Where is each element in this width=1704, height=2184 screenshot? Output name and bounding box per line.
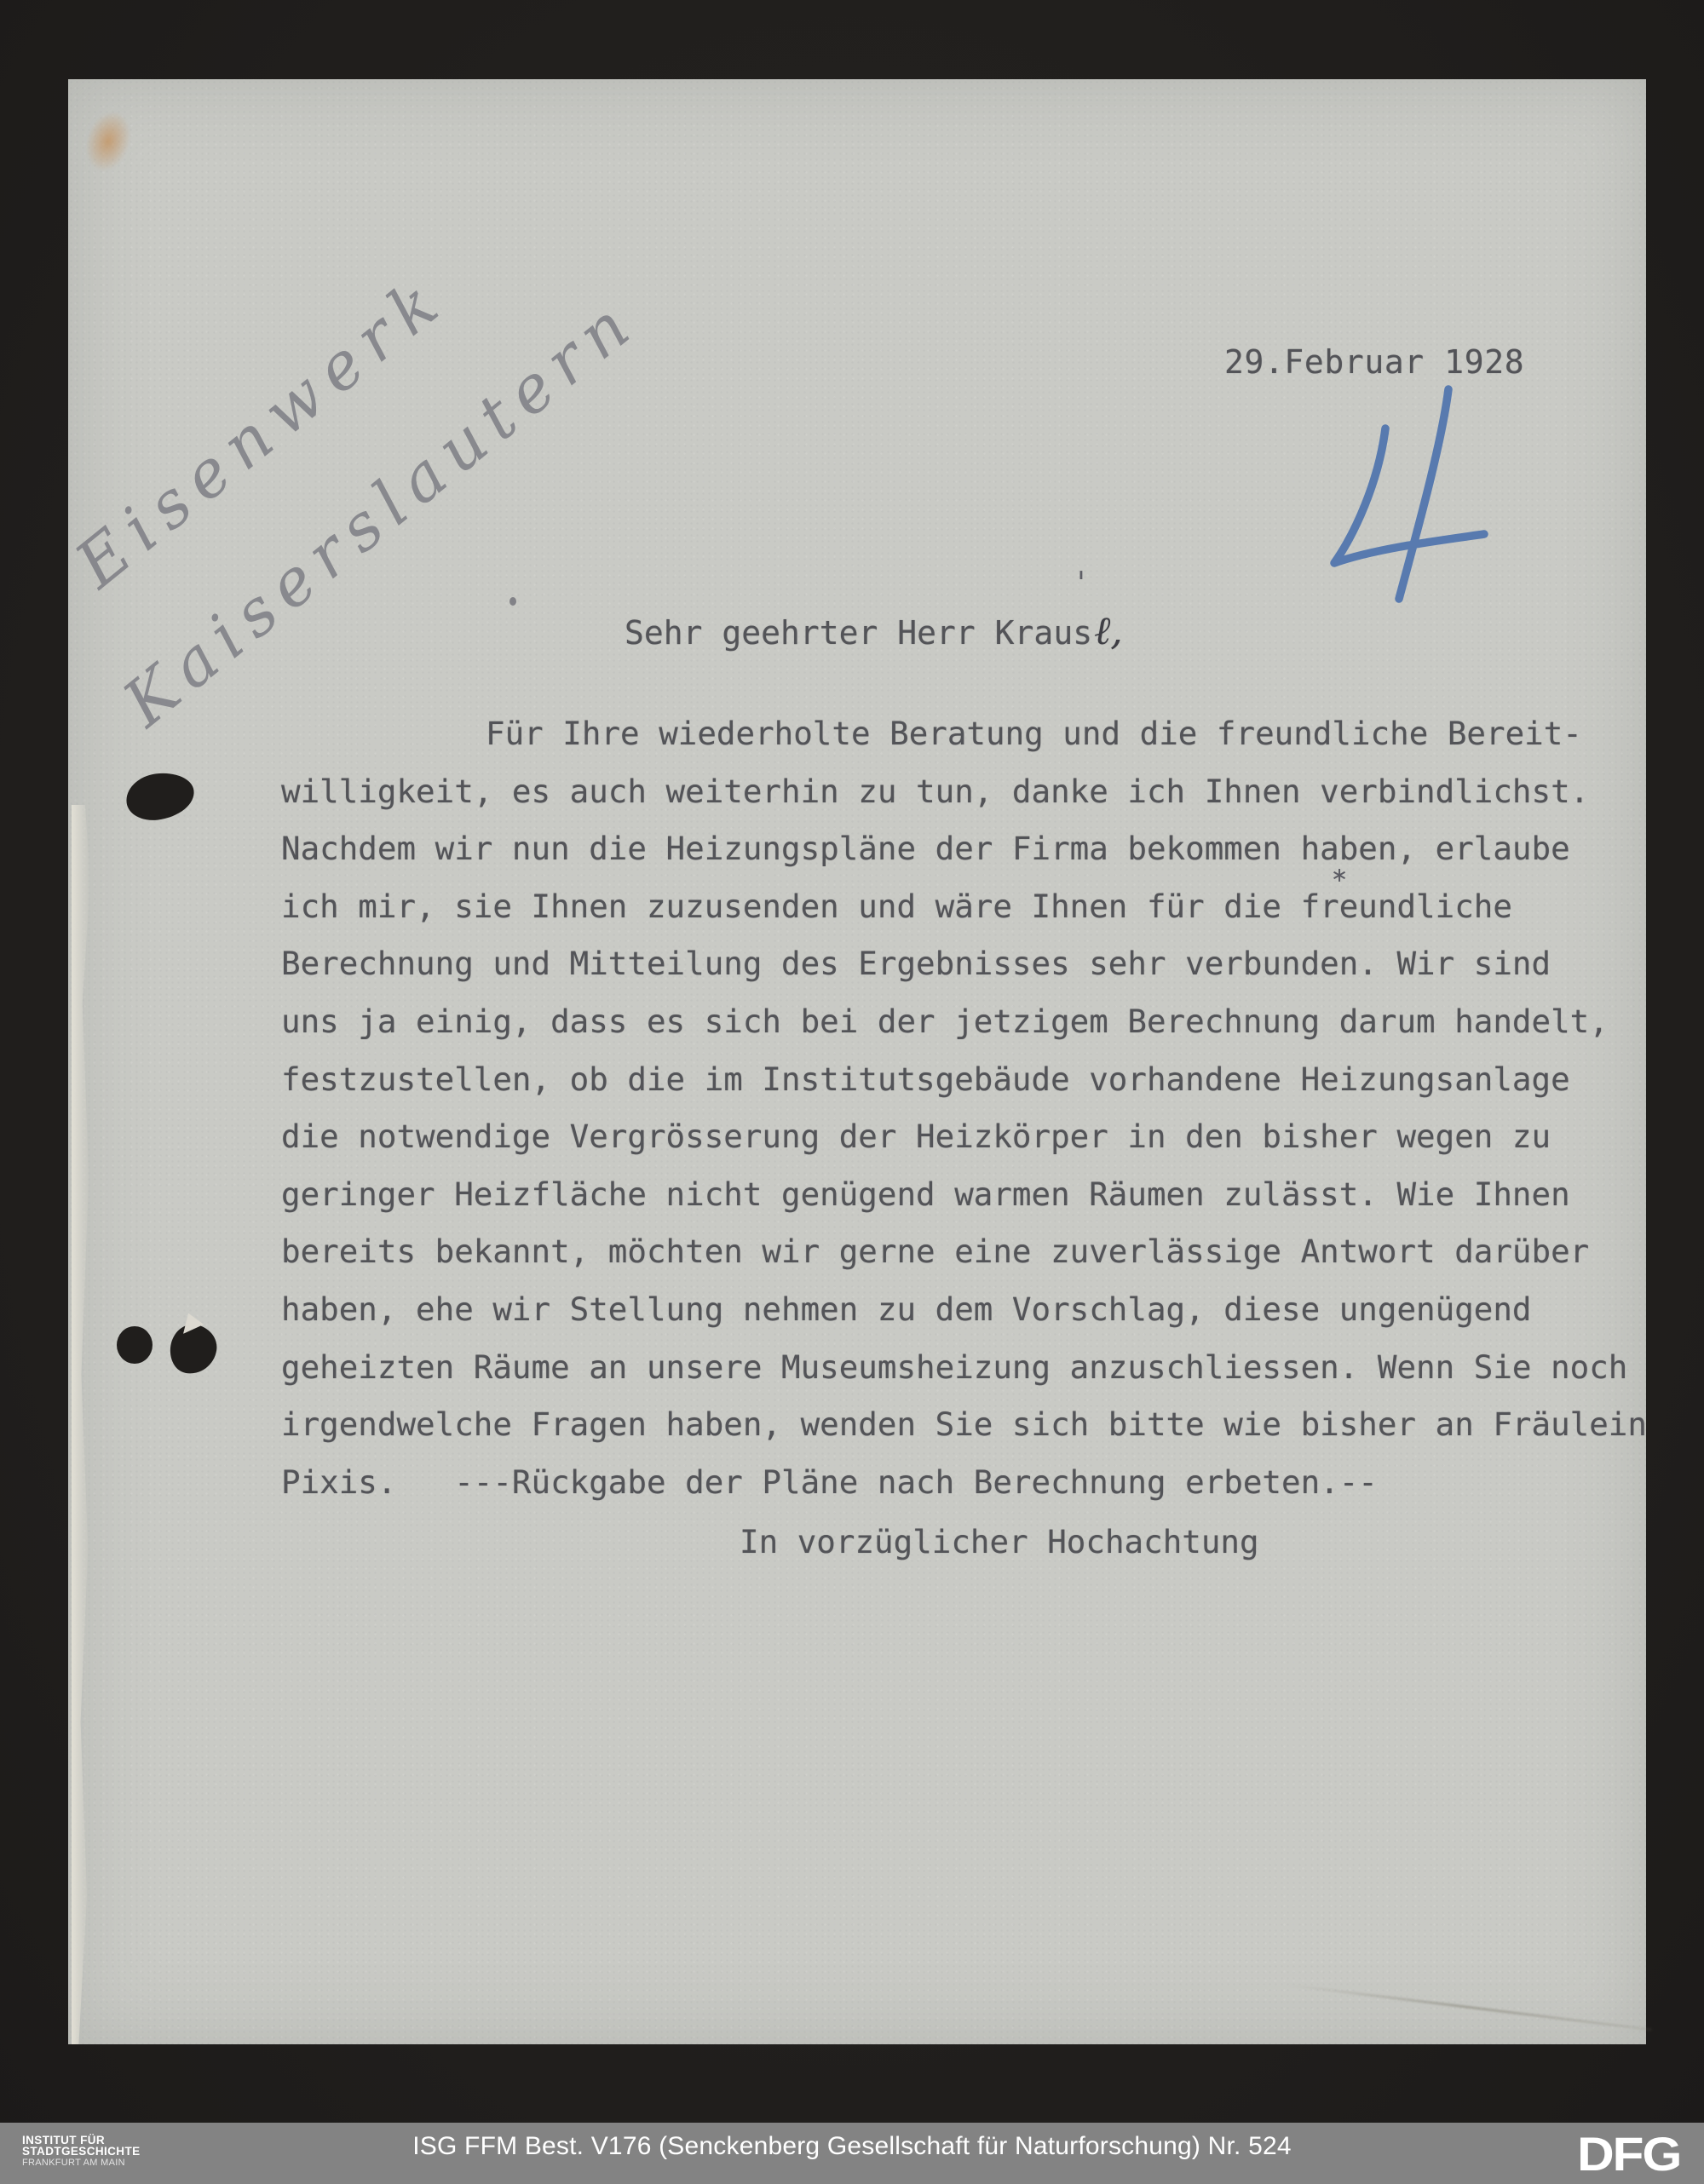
closing-line: In vorzüglicher Hochachtung — [740, 1523, 1259, 1560]
pencil-dot — [509, 597, 516, 606]
paper-crease — [1286, 1984, 1651, 2032]
dfg-logo: DFG — [1577, 2126, 1680, 2181]
archive-footer-bar: INSTITUT FÜR STADTGESCHICHTE FRANKFURT A… — [0, 2123, 1704, 2184]
rust-stain — [78, 106, 138, 177]
letter-line: haben, ehe wir Stellung nehmen zu dem Vo… — [281, 1281, 1661, 1339]
pencil-asterisk: ∗ — [1331, 863, 1348, 888]
letter-line: Nachdem wir nun die Heizungspläne der Fi… — [281, 820, 1661, 878]
letter-line: geheizten Räume an unsere Museumsheizung… — [281, 1339, 1661, 1397]
handwritten-page-number — [1314, 384, 1493, 606]
letter-line: uns ja einig, dass es sich bei der jetzi… — [281, 993, 1661, 1051]
letter-line: die notwendige Vergrösserung der Heizkör… — [281, 1108, 1661, 1166]
letter-body: Für Ihre wiederholte Beratung und die fr… — [281, 705, 1661, 1511]
archive-reference: ISG FFM Best. V176 (Senckenberg Gesellsc… — [0, 2132, 1704, 2161]
handwritten-note-line1: Eisenwerk — [61, 259, 461, 602]
punch-hole — [117, 1326, 153, 1364]
punch-hole — [124, 769, 197, 823]
salutation-handwritten-suffix: ℓ, — [1094, 607, 1123, 653]
letter-line: irgendwelche Fragen haben, wenden Sie si… — [281, 1396, 1661, 1454]
letter-line: Für Ihre wiederholte Beratung und die fr… — [281, 705, 1661, 763]
letter-line: Berechnung und Mitteilung des Ergebnisse… — [281, 935, 1661, 993]
letter-line: willigkeit, es auch weiterhin zu tun, da… — [281, 763, 1661, 821]
letter-paper: Eisenwerk Kaiserslautern 29.Februar 1928… — [68, 79, 1646, 2044]
pencil-apostrophe: ' — [1077, 566, 1085, 601]
letter-line: Pixis. ---Rückgabe der Pläne nach Berech… — [281, 1454, 1661, 1512]
salutation: Sehr geehrter Herr Krausℓ, — [625, 607, 1123, 653]
letter-line: bereits bekannt, möchten wir gerne eine … — [281, 1223, 1661, 1281]
letter-line: festzustellen, ob die im Institutsgebäud… — [281, 1051, 1661, 1109]
letter-line: ich mir, sie Ihnen zuzusenden und wäre I… — [281, 878, 1661, 936]
letter-date: 29.Februar 1928 — [1224, 343, 1524, 381]
punch-hole — [167, 1321, 220, 1377]
archive-scan: Eisenwerk Kaiserslautern 29.Februar 1928… — [0, 0, 1704, 2184]
salutation-text: Sehr geehrter Herr Kraus — [625, 614, 1092, 652]
letter-line: geringer Heizfläche nicht genügend warme… — [281, 1166, 1661, 1224]
torn-left-edge — [72, 805, 90, 2044]
